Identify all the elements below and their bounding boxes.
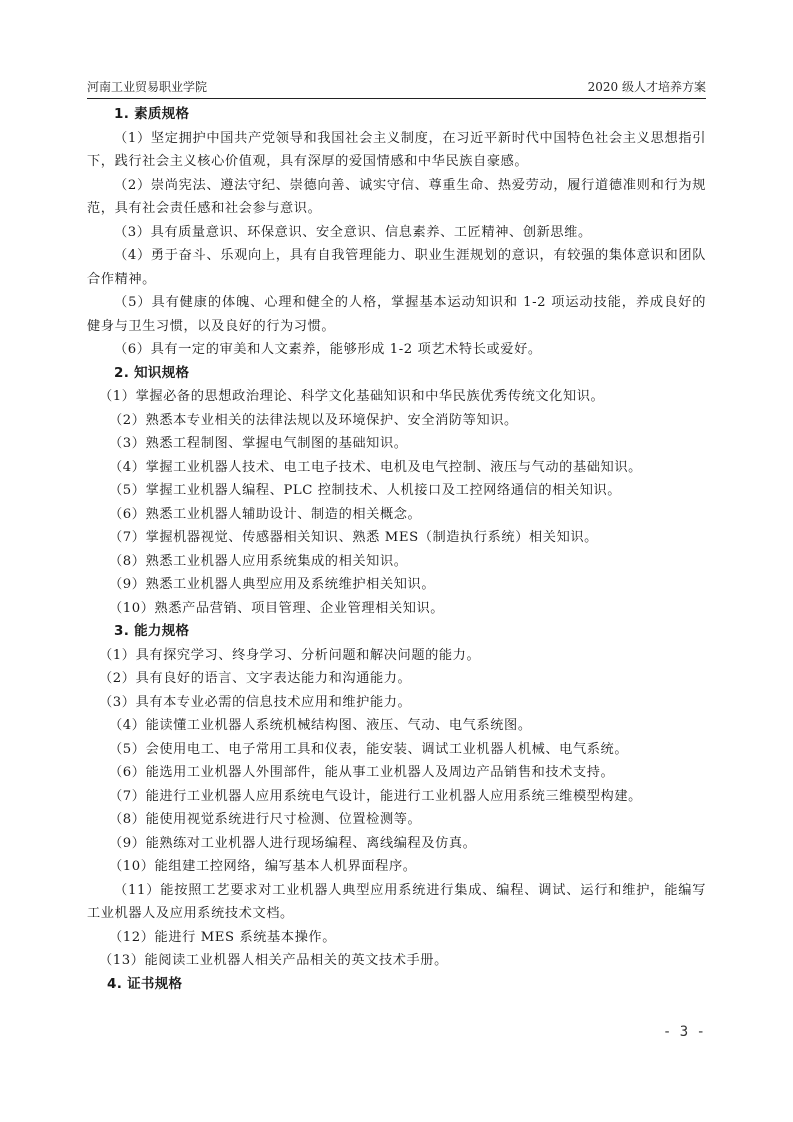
ability-item-7: （7）能进行工业机器人应用系统电气设计，能进行工业机器人应用系统三维模型构建。 [87, 785, 706, 809]
knowledge-item-7: （7）掌握机器视觉、传感器相关知识、熟悉 MES（制造执行系统）相关知识。 [87, 526, 706, 550]
quality-item-2: （2）崇尚宪法、遵法守纪、崇德向善、诚实守信、尊重生命、热爱劳动，履行道德准则和… [87, 174, 706, 221]
section-heading-knowledge: 2. 知识规格 [87, 362, 706, 386]
ability-item-8: （8）能使用视觉系统进行尺寸检测、位置检测等。 [87, 808, 706, 832]
ability-item-13: （13）能阅读工业机器人相关产品相关的英文技术手册。 [87, 949, 706, 973]
quality-item-5: （5）具有健康的体魄、心理和健全的人格，掌握基本运动知识和 1-2 项运动技能，… [87, 291, 706, 338]
ability-item-9: （9）能熟练对工业机器人进行现场编程、离线编程及仿真。 [87, 832, 706, 856]
knowledge-item-8: （8）熟悉工业机器人应用系统集成的相关知识。 [87, 550, 706, 574]
ability-item-10: （10）能组建工控网络，编写基本人机界面程序。 [87, 855, 706, 879]
ability-item-6: （6）能选用工业机器人外围部件，能从事工业机器人及周边产品销售和技术支持。 [87, 761, 706, 785]
knowledge-item-3: （3）熟悉工程制图、掌握电气制图的基础知识。 [87, 432, 706, 456]
knowledge-item-10: （10）熟悉产品营销、项目管理、企业管理相关知识。 [87, 597, 706, 621]
ability-item-5: （5）会使用电工、电子常用工具和仪表，能安装、调试工业机器人机械、电气系统。 [87, 738, 706, 762]
ability-item-3: （3）具有本专业必需的信息技术应用和维护能力。 [87, 691, 706, 715]
knowledge-item-1: （1）掌握必备的思想政治理论、科学文化基础知识和中华民族优秀传统文化知识。 [87, 385, 706, 409]
quality-item-1: （1）坚定拥护中国共产党领导和我国社会主义制度，在习近平新时代中国特色社会主义思… [87, 127, 706, 174]
quality-item-4: （4）勇于奋斗、乐观向上，具有自我管理能力、职业生涯规划的意识，有较强的集体意识… [87, 244, 706, 291]
document-body: 1. 素质规格 （1）坚定拥护中国共产党领导和我国社会主义制度，在习近平新时代中… [87, 103, 706, 996]
knowledge-item-2: （2）熟悉本专业相关的法律法规以及环境保护、安全消防等知识。 [87, 409, 706, 433]
knowledge-item-4: （4）掌握工业机器人技术、电工电子技术、电机及电气控制、液压与气动的基础知识。 [87, 456, 706, 480]
ability-item-11: （11）能按照工艺要求对工业机器人典型应用系统进行集成、编程、调试、运行和维护，… [87, 879, 706, 926]
knowledge-item-6: （6）熟悉工业机器人辅助设计、制造的相关概念。 [87, 503, 706, 527]
ability-item-4: （4）能读懂工业机器人系统机械结构图、液压、气动、电气系统图。 [87, 714, 706, 738]
ability-item-1: （1）具有探究学习、终身学习、分析问题和解决问题的能力。 [87, 644, 706, 668]
quality-item-3: （3）具有质量意识、环保意识、安全意识、信息素养、工匠精神、创新思维。 [87, 221, 706, 245]
header-institution: 河南工业贸易职业学院 [87, 78, 207, 95]
quality-item-6: （6）具有一定的审美和人文素养，能够形成 1-2 项艺术特长或爱好。 [87, 338, 706, 362]
knowledge-item-9: （9）熟悉工业机器人典型应用及系统维护相关知识。 [87, 573, 706, 597]
page-header: 河南工业贸易职业学院 2020 级人才培养方案 [87, 75, 706, 99]
section-heading-ability: 3. 能力规格 [87, 620, 706, 644]
header-doc-title: 2020 级人才培养方案 [588, 78, 706, 95]
ability-item-12: （12）能进行 MES 系统基本操作。 [87, 926, 706, 950]
section-heading-quality: 1. 素质规格 [87, 103, 706, 127]
section-heading-certificate: 4. 证书规格 [87, 973, 706, 997]
page-number: - 3 - [663, 1024, 705, 1040]
knowledge-item-5: （5）掌握工业机器人编程、PLC 控制技术、人机接口及工控网络通信的相关知识。 [87, 479, 706, 503]
ability-item-2: （2）具有良好的语言、文字表达能力和沟通能力。 [87, 667, 706, 691]
